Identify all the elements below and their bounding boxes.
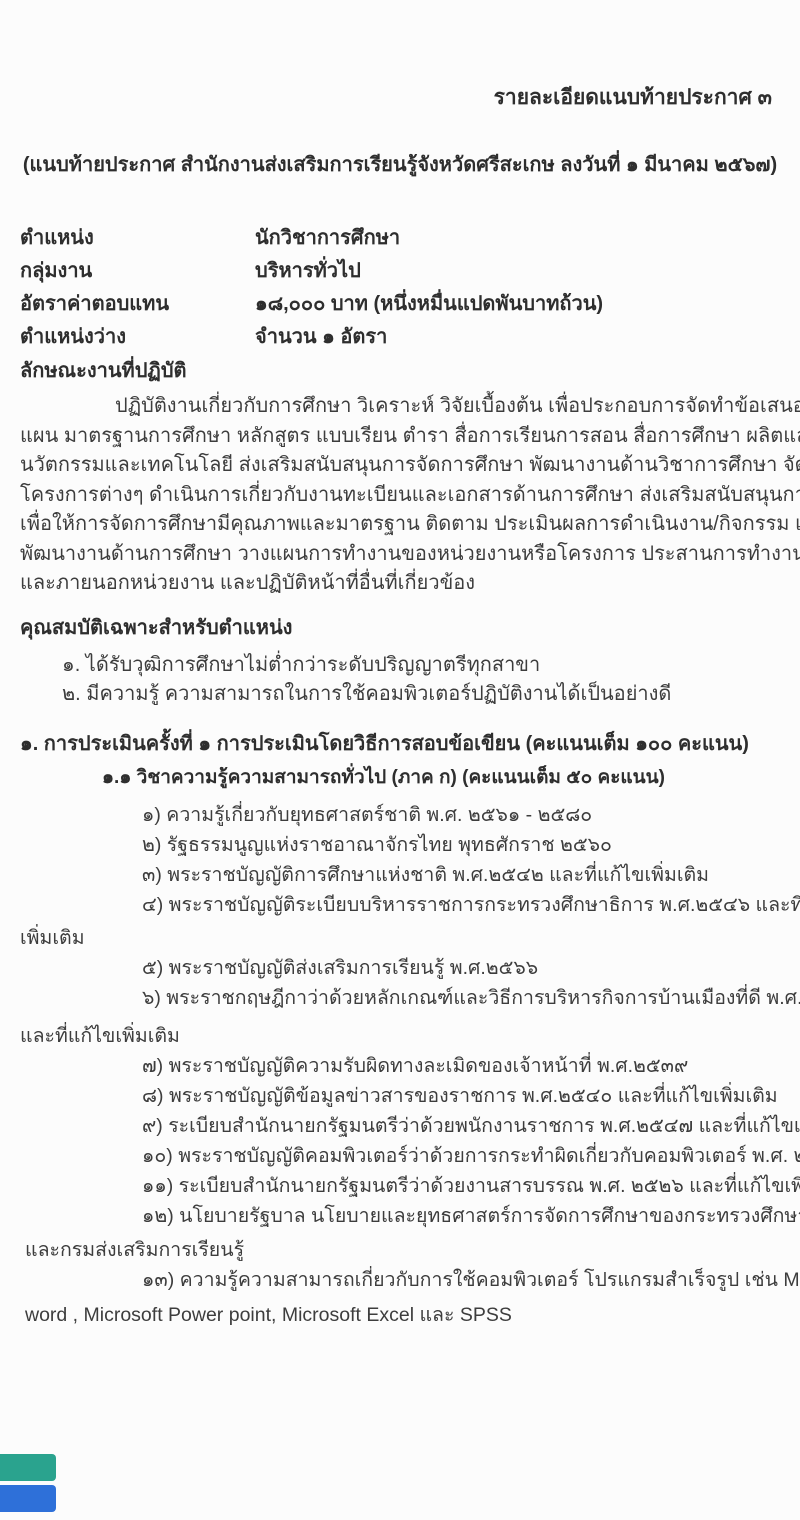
list-item: ๗) พระราชบัญญัติความรับผิดทางละเมิดของเจ… xyxy=(142,1051,780,1081)
field-row-position: ตำแหน่ง นักวิชาการศึกษา xyxy=(20,222,780,255)
field-label: อัตราค่าตอบแทน xyxy=(20,288,255,321)
paragraph-line: นวัตกรรมและเทคโนโลยี ส่งเสริมสนับสนุนการ… xyxy=(20,451,780,481)
field-label: ตำแหน่ง xyxy=(20,222,255,255)
document-page: รายละเอียดแนบท้ายประกาศ ๓ (แนบท้ายประกาศ… xyxy=(0,0,800,1520)
field-value: ๑๘,๐๐๐ บาท (หนึ่งหมื่นแปดพันบาทถ้วน) xyxy=(255,288,603,321)
field-value: นักวิชาการศึกษา xyxy=(255,222,400,255)
paragraph-line: แผน มาตรฐานการศึกษา หลักสูตร แบบเรียน ตำ… xyxy=(20,422,780,452)
list-item: ๑๑) ระเบียบสำนักนายกรัฐมนตรีว่าด้วยงานสา… xyxy=(142,1171,780,1201)
field-label: ตำแหน่งว่าง xyxy=(20,321,255,354)
list-item: ๑๒) นโยบายรัฐบาล นโยบายและยุทธศาสตร์การจ… xyxy=(142,1201,780,1231)
paragraph-line: และภายนอกหน่วยงาน และปฏิบัติหน้าที่อื่นท… xyxy=(20,569,780,599)
list-item-continuation: เพิ่มเติม xyxy=(20,923,780,953)
floating-share-buttons xyxy=(0,1450,60,1512)
field-row-vacancy: ตำแหน่งว่าง จำนวน ๑ อัตรา xyxy=(20,321,780,354)
qualification-item: ๑. ได้รับวุฒิการศึกษาไม่ต่ำกว่าระดับปริญ… xyxy=(62,651,780,680)
field-row-salary: อัตราค่าตอบแทน ๑๘,๐๐๐ บาท (หนึ่งหมื่นแปด… xyxy=(20,288,780,321)
list-item: ๑๓) ความรู้ความสามารถเกี่ยวกับการใช้คอมพ… xyxy=(142,1265,780,1295)
evaluation-topic-list: ๑) ความรู้เกี่ยวกับยุทธศาสตร์ชาติ พ.ศ. ๒… xyxy=(20,800,780,1330)
list-item: ๔) พระราชบัญญัติระเบียบบริหารราชการกระทร… xyxy=(142,890,780,920)
qualifications-heading: คุณสมบัติเฉพาะสำหรับตำแหน่ง xyxy=(20,613,780,643)
paragraph-line: พัฒนางานด้านการศึกษา วางแผนการทำงานของหน… xyxy=(20,540,780,570)
qualification-item: ๒. มีความรู้ ความสามารถในการใช้คอมพิวเตอ… xyxy=(62,680,780,709)
list-item: ๘) พระราชบัญญัติข้อมูลข่าวสารของราชการ พ… xyxy=(142,1081,780,1111)
paragraph-line: โครงการต่างๆ ดำเนินการเกี่ยวกับงานทะเบีย… xyxy=(20,481,780,511)
share-button-green[interactable] xyxy=(0,1454,56,1481)
field-value: จำนวน ๑ อัตรา xyxy=(255,321,387,354)
list-item-continuation: word , Microsoft Power point, Microsoft … xyxy=(25,1300,780,1330)
paragraph-line: ปฏิบัติงานเกี่ยวกับการศึกษา วิเคราะห์ วิ… xyxy=(115,392,780,422)
paragraph-line: เพื่อให้การจัดการศึกษามีคุณภาพและมาตรฐาน… xyxy=(20,510,780,540)
position-fields: ตำแหน่ง นักวิชาการศึกษา กลุ่มงาน บริหารท… xyxy=(20,222,780,354)
evaluation-subheading: ๑.๑ วิชาความรู้ความสามารถทั่วไป (ภาค ก) … xyxy=(102,763,780,793)
duties-paragraph: ปฏิบัติงานเกี่ยวกับการศึกษา วิเคราะห์ วิ… xyxy=(20,392,780,599)
evaluation-heading: ๑. การประเมินครั้งที่ ๑ การประเมินโดยวิธ… xyxy=(20,729,780,759)
field-value: บริหารทั่วไป xyxy=(255,255,361,288)
list-item: ๑) ความรู้เกี่ยวกับยุทธศาสตร์ชาติ พ.ศ. ๒… xyxy=(142,800,780,830)
list-item-continuation: และที่แก้ไขเพิ่มเติม xyxy=(20,1021,780,1051)
list-item: ๓) พระราชบัญญัติการศึกษาแห่งชาติ พ.ศ.๒๕๔… xyxy=(142,860,780,890)
list-item: ๒) รัฐธรรมนูญแห่งราชอาณาจักรไทย พุทธศักร… xyxy=(142,830,780,860)
field-label: กลุ่มงาน xyxy=(20,255,255,288)
field-row-workgroup: กลุ่มงาน บริหารทั่วไป xyxy=(20,255,780,288)
list-item-continuation: และกรมส่งเสริมการเรียนรู้ xyxy=(25,1235,780,1265)
annex-label: รายละเอียดแนบท้ายประกาศ ๓ xyxy=(20,84,780,112)
list-item: ๕) พระราชบัญญัติส่งเสริมการเรียนรู้ พ.ศ.… xyxy=(142,953,780,983)
duties-heading: ลักษณะงานที่ปฏิบัติ xyxy=(20,356,780,386)
list-item: ๙) ระเบียบสำนักนายกรัฐมนตรีว่าด้วยพนักงา… xyxy=(142,1111,780,1141)
list-item: ๑๐) พระราชบัญญัติคอมพิวเตอร์ว่าด้วยการกร… xyxy=(142,1141,780,1171)
list-item: ๖) พระราชกฤษฎีกาว่าด้วยหลักเกณฑ์และวิธีก… xyxy=(142,983,780,1013)
document-subtitle: (แนบท้ายประกาศ สำนักงานส่งเสริมการเรียนร… xyxy=(20,150,780,180)
share-button-blue[interactable] xyxy=(0,1485,56,1512)
